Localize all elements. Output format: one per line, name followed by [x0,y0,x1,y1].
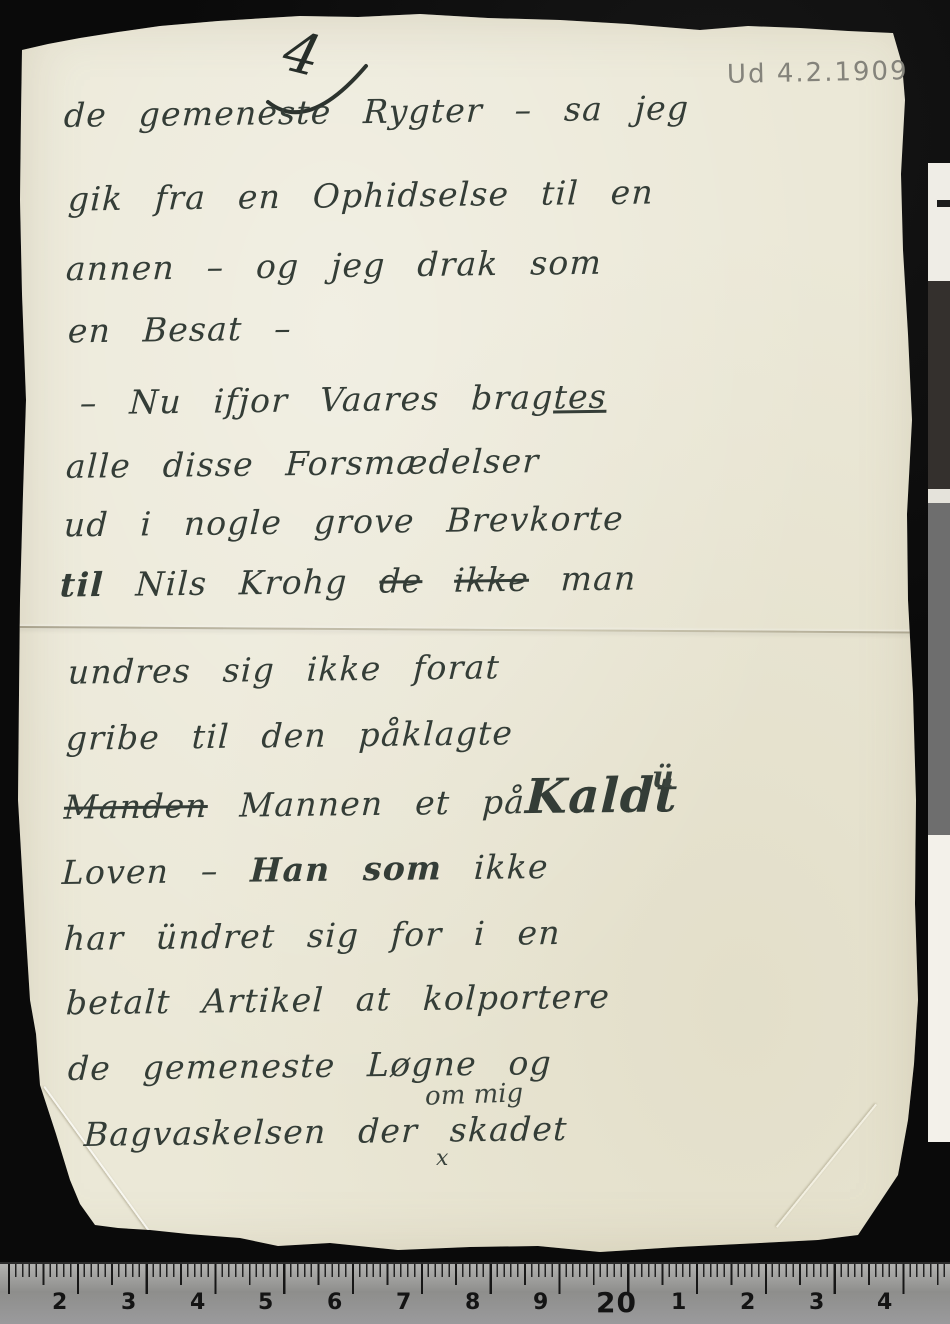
handwritten-line-2: gik fra en Ophidselse til en [67,172,654,218]
handwritten-line-5: – Nu ifjor Vaares bragtes [79,377,608,422]
strip-patch-lightline [928,489,950,503]
line12-heavy: Han som [250,848,444,889]
ruler-number: 4 [877,1290,892,1315]
handwritten-line-8: til Nils Krohg de ikke man [59,558,637,604]
handwritten-line-12: Loven – Han som ikke [61,847,549,892]
ruler-number: 1 [671,1290,686,1315]
line8-strikeout-2: ikke [453,560,529,600]
line11-strikeout: Manden [63,786,208,827]
horizontal-fold-crease [18,626,922,634]
scanned-document: 4 Ud 4.2.1909 de gemeneste Rygter – sa j… [0,0,950,1324]
bottom-right-tear-crease [776,1104,877,1228]
ruler-number: 3 [121,1290,136,1315]
ruler: 2 3 4 5 6 7 8 9 20 1 2 3 4 [0,1262,950,1324]
line8-mid: Nils Krohg [103,562,380,604]
handwritten-line-11: Manden Mannen et påKaldt [63,780,679,827]
ruler-number: 4 [190,1290,205,1315]
handwritten-line-13: har ündret sig for i en [63,913,561,958]
handwritten-line-1: de gemeneste Rygter – sa jeg [63,88,690,135]
line12-post: ikke [441,847,549,887]
page-number: 4 [284,22,320,87]
line8-gap [422,561,455,600]
handwritten-line-9: undres sig ikke forat [67,647,501,691]
ruler-number-20: 20 [596,1286,637,1319]
ruler-number: 5 [258,1290,273,1315]
line8-heavy: til [59,565,104,605]
ruler-number: 9 [533,1290,548,1315]
line5-underlined: tes [553,377,608,417]
strip-patch-dark [928,281,950,489]
date-annotation: Ud 4.2.1909 [727,56,909,90]
line11-mid: Mannen et på [207,782,526,825]
ruler-number: 3 [809,1290,824,1315]
handwritten-line-14: betalt Artikel at kolportere [65,977,611,1023]
line8-post: man [528,558,637,598]
handwritten-line-7: ud i nogle grove Brevkorte [63,499,625,545]
handwritten-line-4: en Besat – [67,309,292,351]
line12-pre: Loven – [61,851,251,892]
line5-text: – Nu ifjor Vaares brag [79,377,554,422]
ruler-number: 7 [396,1290,411,1315]
strip-mark [937,200,950,207]
ruler-number: 2 [52,1290,67,1315]
strip-patch-white [928,163,950,281]
ruler-number: 2 [740,1290,755,1315]
handwritten-line-3: annen – og jeg drak som [65,243,603,289]
handwritten-line-10: gribe til den påklagte [65,713,514,757]
ruler-number: 6 [327,1290,342,1315]
handwritten-line-16: Bagvaskelsen der skadet [83,1109,568,1154]
grayscale-calibration-strip [928,0,950,1324]
ruler-number: 8 [465,1290,480,1315]
strip-patch-light [928,835,950,1142]
inserted-words-above-line: om mig [425,1078,524,1111]
strip-patch-midgray [928,503,950,835]
diacritic-mark: ü [652,760,674,795]
line16-pre: Bagvaskelsen [83,1112,327,1154]
line8-strikeout-1: de [379,561,424,601]
line16-post: der skadet [326,1109,569,1151]
caret-mark: x [436,1146,448,1171]
bottom-left-tear-crease [43,1086,152,1234]
handwritten-line-6: alle disse Forsmædelser [65,441,540,486]
